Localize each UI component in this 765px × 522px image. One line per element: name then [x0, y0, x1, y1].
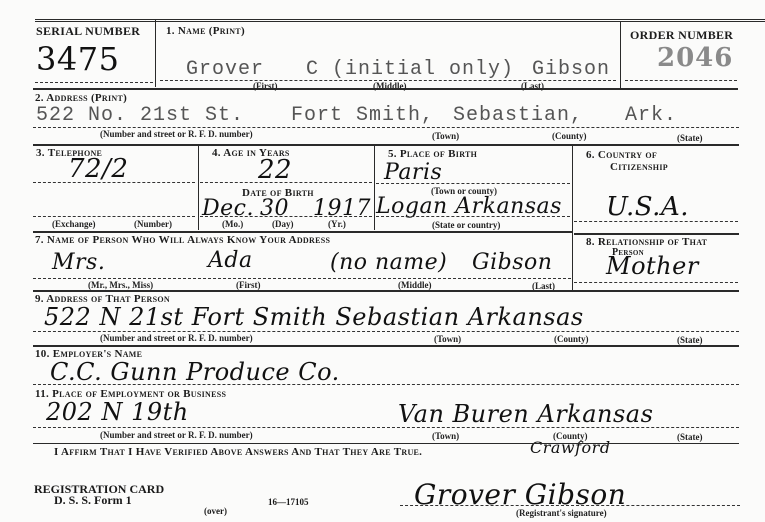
birthplace-town-line	[376, 183, 570, 184]
order-number-value: 2046	[657, 43, 733, 73]
relationship-line	[574, 282, 738, 283]
divider	[374, 146, 375, 230]
section-border	[33, 290, 739, 292]
contact-address-value: 522 N 21st Fort Smith Sebastian Arkansas	[44, 303, 584, 331]
divider	[155, 20, 156, 87]
contact-address-town-caption: (Town)	[434, 334, 461, 344]
telephone-line-2	[33, 216, 195, 217]
address-county-caption: (County)	[552, 131, 587, 141]
address-town-value: Fort Smith,	[291, 104, 434, 127]
employer-value: C.C. Gunn Produce Co.	[50, 358, 340, 386]
employment-town-value: Van Buren Arkansas	[398, 400, 653, 428]
section-border	[33, 144, 739, 146]
order-number-line	[625, 80, 737, 81]
dob-month-caption: (Mo.)	[222, 219, 243, 229]
age-line	[200, 182, 372, 183]
telephone-line-1	[33, 182, 195, 183]
section-border	[33, 443, 739, 444]
dob-year-caption: (Yr.)	[328, 219, 346, 229]
contact-title-caption: (Mr., Mrs., Miss)	[88, 280, 153, 290]
address-street-value: 522 No. 21st St.	[36, 104, 244, 127]
form-number: D. S. S. Form 1	[54, 493, 132, 508]
contact-person-line	[33, 278, 571, 279]
telephone-value: 72/2	[68, 154, 128, 184]
contact-first-value: Ada	[208, 248, 253, 273]
divider	[620, 22, 621, 90]
birthplace-state-caption: (State or country)	[432, 220, 500, 230]
citizenship-line	[574, 221, 738, 222]
dob-day-caption: (Day)	[272, 219, 294, 229]
dob-month-value: Dec.	[202, 196, 254, 221]
contact-first-caption: (First)	[236, 280, 261, 290]
over-note: (over)	[204, 506, 227, 516]
employer-line	[33, 384, 739, 385]
address-state-caption: (State)	[677, 133, 703, 143]
contact-middle-value: (no name)	[330, 250, 447, 275]
employment-street-value: 202 N 19th	[46, 398, 189, 426]
section-border	[33, 345, 739, 347]
name-last-value: Gibson	[532, 58, 610, 81]
registrant-signature: Grover Gibson	[414, 478, 626, 511]
employment-town-caption: (Town)	[432, 431, 459, 441]
relationship-label-1: 8. Relationship of That	[586, 236, 707, 248]
birthplace-state-line	[376, 216, 570, 217]
contact-address-line	[33, 331, 739, 332]
address-label: 2. Address (Print)	[35, 92, 127, 104]
citizenship-label-2: Citizenship	[610, 161, 668, 173]
citizenship-label-1: 6. Country of	[586, 149, 657, 161]
employment-county-note: Crawford	[530, 438, 611, 457]
address-state-value: Ark.	[625, 104, 677, 127]
employment-line	[33, 427, 739, 428]
address-line	[33, 127, 739, 128]
age-value: 22	[258, 155, 292, 185]
employment-street-caption: (Number and street or R. F. D. number)	[100, 430, 253, 440]
contact-last-value: Gibson	[472, 250, 552, 275]
birthplace-town-value: Paris	[384, 160, 442, 185]
top-border	[35, 19, 765, 22]
name-first-value: Grover	[186, 58, 264, 81]
serial-number-line	[35, 82, 153, 83]
contact-address-state-caption: (State)	[677, 335, 703, 345]
contact-address-county-caption: (County)	[554, 334, 589, 344]
contact-title-value: Mrs.	[52, 250, 105, 275]
address-county-value: Sebastian,	[453, 104, 583, 127]
contact-address-street-caption: (Number and street or R. F. D. number)	[100, 333, 253, 343]
relationship-value: Mother	[606, 252, 699, 280]
birthplace-label: 5. Place of Birth	[388, 148, 477, 160]
contact-middle-caption: (Middle)	[398, 280, 432, 290]
divider	[198, 146, 199, 230]
section-border	[33, 231, 573, 233]
signature-caption: (Registrant's signature)	[516, 508, 607, 518]
telephone-number-caption: (Number)	[134, 219, 172, 229]
serial-number-label: SERIAL NUMBER	[36, 24, 140, 39]
order-number-label: ORDER NUMBER	[630, 28, 733, 43]
telephone-exchange-caption: (Exchange)	[52, 219, 96, 229]
address-town-caption: (Town)	[432, 131, 459, 141]
print-code: 16—17105	[268, 497, 309, 507]
contact-person-label: 7. Name of Person Who Will Always Know Y…	[35, 234, 330, 246]
affirmation-text: I Affirm That I Have Verified Above Answ…	[54, 446, 422, 458]
section-border	[33, 88, 738, 90]
employment-state-caption: (State)	[677, 432, 703, 442]
name-label: 1. Name (Print)	[166, 25, 245, 37]
citizenship-value: U.S.A.	[606, 192, 689, 222]
address-street-caption: (Number and street or R. F. D. number)	[100, 129, 253, 139]
serial-number-value: 3475	[36, 40, 119, 78]
dob-line	[200, 216, 372, 217]
signature-line	[400, 505, 740, 506]
divider	[572, 146, 573, 292]
section-border	[574, 233, 739, 235]
dob-year-value: 1917	[313, 196, 371, 221]
name-middle-value: C (initial only)	[306, 58, 514, 81]
dob-day-value: 30	[260, 196, 289, 221]
